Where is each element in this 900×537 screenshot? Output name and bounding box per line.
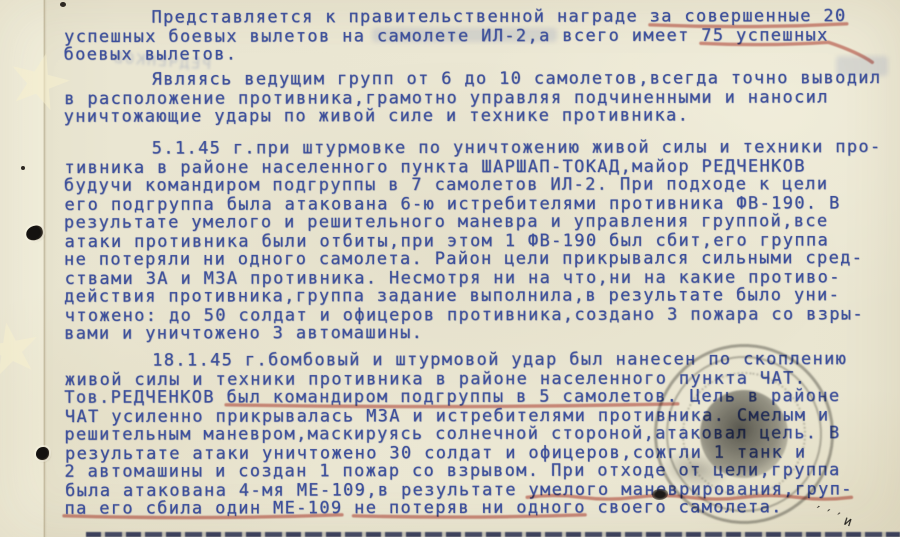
red-underline <box>701 42 872 62</box>
red-underline <box>650 24 847 27</box>
red-underline <box>354 515 586 517</box>
bottom-scan-band <box>86 532 900 537</box>
red-underline <box>64 515 342 518</box>
red-underline <box>226 404 678 407</box>
document-page: РЕДЧЕНКОВ Представляется к правительстве… <box>0 0 900 537</box>
